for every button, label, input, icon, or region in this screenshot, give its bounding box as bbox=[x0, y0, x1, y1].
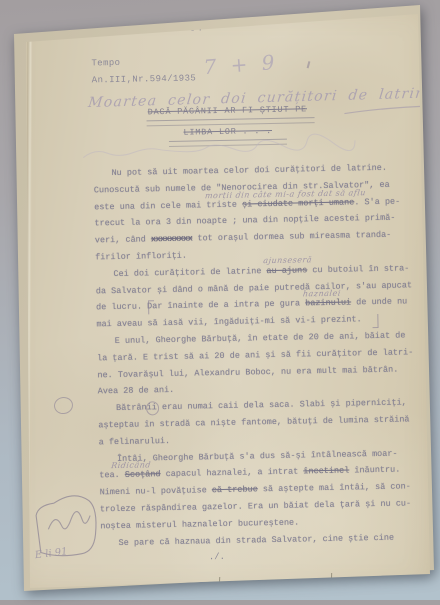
typed-text: ne. Tovarășul lui, Alexandru Boboc, nu e… bbox=[97, 364, 398, 380]
struck-typed-text: Scoțând bbox=[125, 470, 161, 481]
typed-text: noștea misterul haznalelor bucureștene. bbox=[100, 517, 299, 531]
pencil-bracket-close bbox=[372, 314, 378, 328]
typed-text: înăuntru. bbox=[349, 465, 400, 476]
typed-text: Cei doi curățitori de latrine bbox=[113, 266, 266, 279]
typed-text: tot orașul dormea sub mireasma tranda- bbox=[192, 230, 391, 244]
typed-text: la țară. E trist să ai 20 de ani și să f… bbox=[97, 347, 413, 363]
typed-text: mai aveau să iasă vii, îngăduiți-mi să v… bbox=[96, 314, 361, 329]
paper-edge-nick bbox=[219, 577, 220, 586]
typed-text: veri, când bbox=[95, 235, 151, 246]
typed-text: firilor înfloriți. bbox=[95, 251, 187, 263]
typed-text: Se pare că haznaua din strada Salvator, … bbox=[119, 532, 395, 547]
document-page: - 97 - Tempo An.III,Nr.594/1935 7 + 9 Mo… bbox=[0, 0, 440, 600]
typed-text: . S'a pe- bbox=[354, 196, 400, 207]
masthead: Tempo An.III,Nr.594/1935 bbox=[91, 56, 196, 85]
typed-text: să aștepte mai întâi, să con- bbox=[258, 482, 411, 495]
typed-text: trecut la ora 3 din noapte ; una din nop… bbox=[94, 213, 395, 229]
typed-text: Avea 28 de ani. bbox=[98, 385, 175, 396]
typed-text: Bătrânii erau numai caii dela saca. Slab… bbox=[116, 398, 407, 414]
struck-typed-text: că trebue bbox=[212, 484, 258, 495]
pencil-arithmetic-note: 7 + 9 bbox=[203, 50, 279, 79]
typed-text: troleze răspândirea gazelor. Era un băia… bbox=[100, 498, 411, 514]
pencil-insertion: Ridicând bbox=[111, 460, 152, 470]
struck-typed-text: au ajuns bbox=[266, 265, 307, 276]
page-content: - 97 - Tempo An.III,Nr.594/1935 7 + 9 Mo… bbox=[0, 0, 440, 600]
typed-text: este una din cele mai triste bbox=[94, 199, 242, 212]
photo-background: - 97 - Tempo An.III,Nr.594/1935 7 + 9 Mo… bbox=[0, 0, 440, 600]
typed-text: da Salvator și dând o mână de paie putre… bbox=[96, 280, 412, 296]
issue-reference: An.III,Nr.594/1935 bbox=[92, 73, 197, 85]
pencil-insertion: haznalei bbox=[302, 289, 341, 299]
typed-text: cu butoiul în stra- bbox=[307, 263, 409, 275]
typed-text: de unde nu bbox=[351, 297, 407, 308]
typed-text: tea. bbox=[99, 470, 125, 480]
typed-text: Întâi, Gheorghe Bărbuță s'a dus să-și în… bbox=[117, 448, 398, 463]
typed-text: a felinarului. bbox=[99, 436, 171, 447]
struck-heading-line: LIMBA LOR . . . bbox=[147, 125, 309, 138]
typed-text: așteptau în stradă ca niște fantome, băt… bbox=[98, 414, 409, 430]
struck-typed-text: bazinului bbox=[305, 298, 351, 309]
publication-name: Tempo bbox=[91, 56, 196, 68]
struck-heading-line: DACĂ PĂGÂNII AR FI ȘTIUT PE bbox=[146, 104, 308, 117]
paper-edge-nick bbox=[331, 573, 332, 583]
typed-text: Nu pot să uit moartea celor doi curățito… bbox=[111, 163, 387, 178]
pencil-tick bbox=[307, 61, 311, 68]
paper-stack: - 97 - Tempo An.III,Nr.594/1935 7 + 9 Mo… bbox=[0, 0, 440, 600]
margin-pencil-circle bbox=[53, 396, 74, 416]
pencil-insertion: ajunseseră bbox=[263, 255, 313, 265]
pencil-bracket-open bbox=[148, 300, 154, 314]
typed-text: Nimeni nu-l povățuise bbox=[100, 485, 212, 497]
typed-text: de lucru. Dar înainte de a intra pe gura bbox=[96, 299, 305, 313]
struck-typed-text: xxxxxxxxx bbox=[151, 234, 193, 245]
typed-body: Nu pot să uit moartea celor doi curățito… bbox=[93, 159, 422, 551]
typed-text: capacul haznalei, a intrat bbox=[160, 467, 303, 480]
typed-text: E unul, Gheorghe Bărbuță, în etate de 20… bbox=[115, 330, 406, 346]
struck-typed-text: încetinel bbox=[303, 466, 349, 477]
